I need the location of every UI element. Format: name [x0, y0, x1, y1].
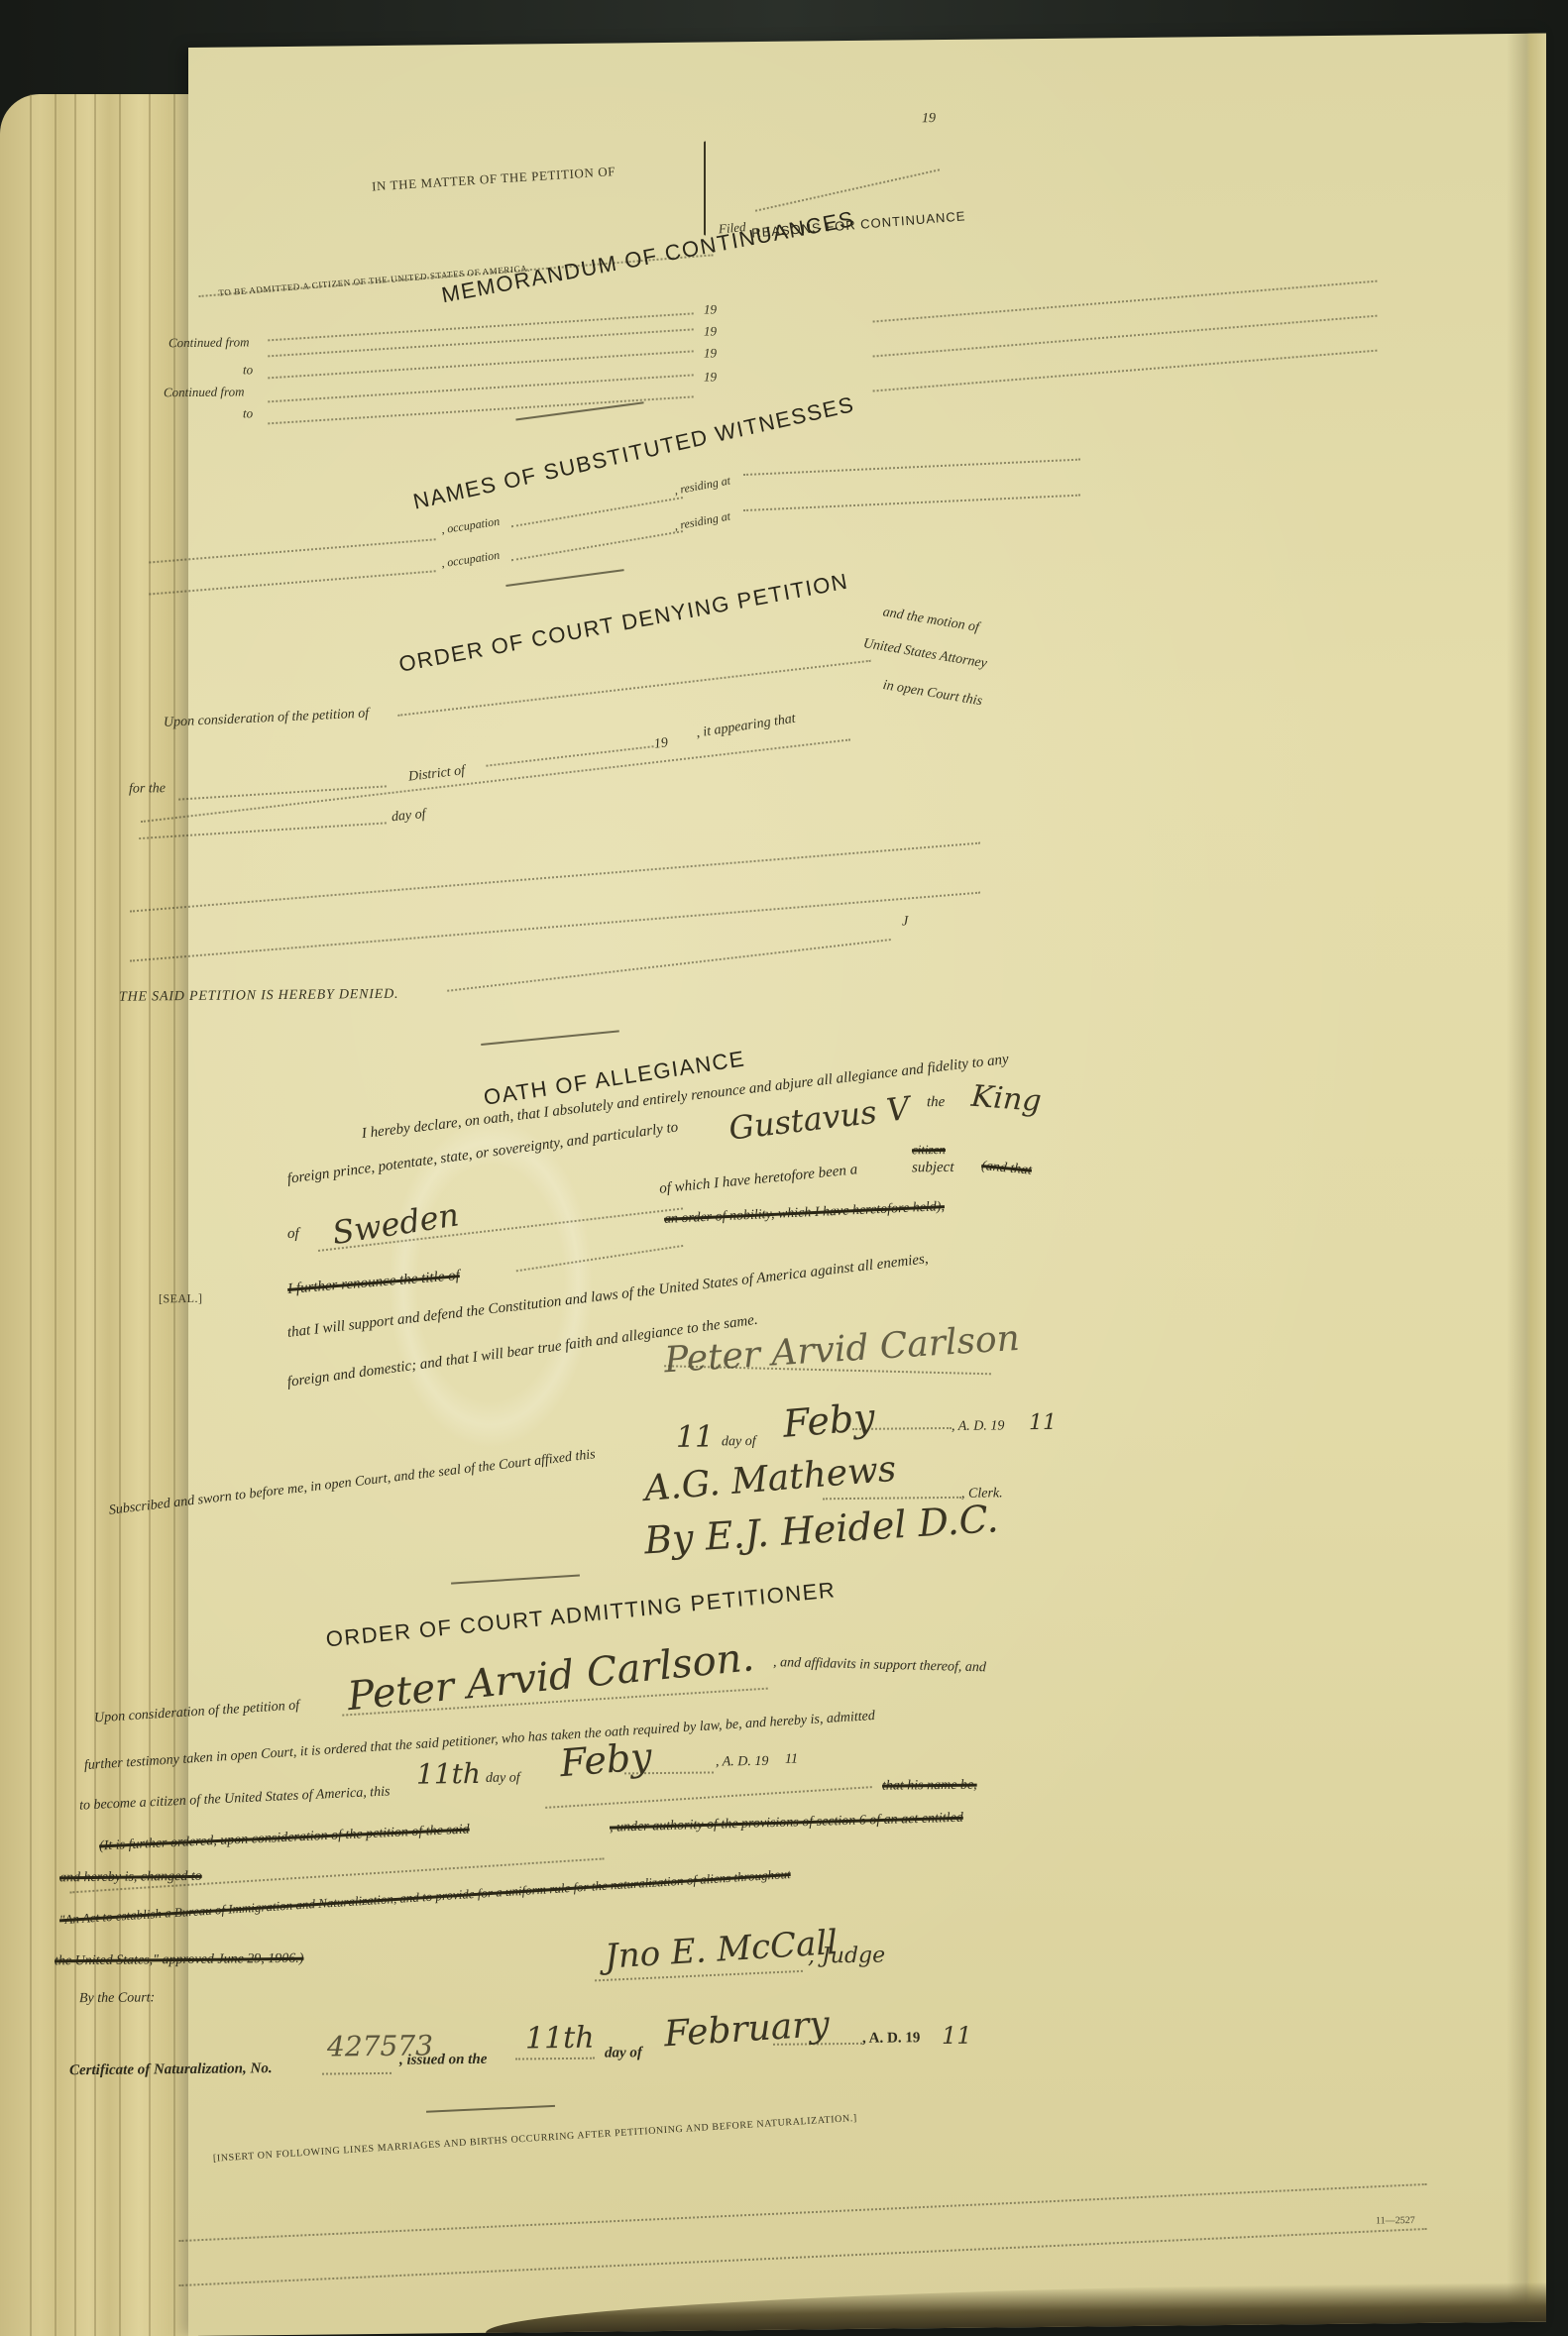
admitting-affidavits-text: , and affidavits in support thereof, and [773, 1655, 986, 1676]
filed-date-line [755, 168, 940, 211]
denying-petitioner-line [397, 660, 871, 717]
continuance-label-4: to [243, 405, 253, 421]
denying-judge-suffix: J [902, 914, 908, 930]
continuance-label-2: to [243, 362, 253, 378]
oath-of-label: of [287, 1226, 299, 1243]
denying-appearing-label: , it appearing that [695, 712, 796, 742]
section-divider [451, 1574, 580, 1584]
continuance-line-3 [268, 374, 694, 402]
continuance-line-4 [268, 395, 694, 424]
certificate-number-line [322, 2072, 392, 2075]
witness-name-line-1 [149, 570, 435, 595]
certificate-label: Certificate of Naturalization, No. [69, 2060, 273, 2079]
continuance-line-0 [268, 312, 694, 341]
continuance-year-2: 19 [704, 345, 717, 361]
admitting-day-handwritten: 11th [416, 1757, 481, 1791]
denying-petition-of-label: Upon consideration of the petition of [164, 706, 370, 730]
petition-denied-text: THE SAID PETITION IS HEREBY DENIED. [119, 987, 398, 1006]
filed-year-prefix: 19 [922, 111, 936, 127]
admitting-month-line [624, 1771, 714, 1774]
section-divider [426, 2105, 555, 2113]
oath-the-label: the [927, 1094, 945, 1111]
denying-motion-label: and the motion of [881, 605, 980, 636]
approved-struck-text: the United States," approved June 29, 19… [55, 1951, 303, 1970]
denying-district-line [178, 785, 387, 800]
insert-note: [INSERT ON FOLLOWING LINES MARRIAGES AND… [213, 2113, 857, 2165]
oath-year-handwritten: 11 [1029, 1410, 1057, 1435]
page-bottom-shadow [486, 2282, 1546, 2333]
certificate-day-of-label: day of [605, 2045, 642, 2061]
certificate-ad-label: , A. D. 19 [862, 2030, 920, 2048]
denying-judge-line [447, 939, 891, 992]
denying-open-court-label: in open Court this [881, 678, 983, 710]
witness-name-line-0 [149, 538, 435, 563]
clerk-signature: A.G. Mathews [643, 1449, 898, 1509]
certificate-day-handwritten: 11th [525, 2021, 595, 2057]
oath-day-handwritten: 11 [676, 1419, 714, 1454]
witness-residing-line-0 [743, 459, 1080, 476]
sovereign-handwritten: Gustavus V [728, 1089, 912, 1148]
certificate-year-handwritten: 11 [942, 2022, 972, 2050]
denying-heading: ORDER OF COURT DENYING PETITION [396, 569, 850, 678]
section-divider [505, 569, 623, 587]
judge-label: , Judge [808, 1944, 885, 1969]
name-change-line [545, 1786, 872, 1809]
continuance-year-0: 19 [704, 301, 717, 317]
continuance-year-3: 19 [704, 369, 717, 385]
matter-of-petition-label: IN THE MATTER OF THE PETITION OF [372, 164, 616, 194]
subject-text: subject [912, 1160, 954, 1176]
admitting-heading: ORDER OF COURT ADMITTING PETITIONER [325, 1577, 837, 1652]
continuance-label-1: Continued from [168, 334, 250, 351]
admitting-ad-label: , A. D. 19 [716, 1754, 768, 1771]
oath-heretofore-text: of which I have heretofore been a [659, 1162, 858, 1197]
continuance-year-1: 19 [704, 323, 717, 339]
witness-residing-line-1 [743, 495, 1080, 511]
header-brace [704, 142, 707, 236]
certificate-day-line [515, 2058, 595, 2060]
certificate-month-handwritten: February [663, 2004, 831, 2055]
oath-month-handwritten: Feby [782, 1395, 876, 1446]
admitting-day-of-label: day of [486, 1770, 520, 1786]
reason-line [873, 350, 1378, 392]
witness-occupation-label-0: , occupation [440, 514, 501, 538]
book-gutter [1507, 34, 1546, 2322]
admitting-month-handwritten: Feby [559, 1734, 653, 1785]
book-photo-scene: IN THE MATTER OF THE PETITION OF TO BE A… [0, 0, 1568, 2336]
judge-signature: Jno E. McCall [604, 1923, 839, 1977]
form-number: 11—2527 [1376, 2215, 1415, 2226]
name-change-struck-text: that his name be, [882, 1778, 977, 1795]
witness-residing-label-1: , residing at [673, 508, 731, 533]
petitioner-name-handwritten: Peter Arvid Carlson. [346, 1634, 756, 1720]
certificate-issued-label: , issued on the [399, 2052, 487, 2069]
deputy-clerk-signature: By E.J. Heidel D.C. [643, 1497, 999, 1562]
witness-occupation-line-1 [511, 530, 683, 561]
reason-line [873, 280, 1378, 323]
denying-day-of-label: day of [391, 807, 426, 826]
continuance-line-1 [268, 328, 694, 357]
naturalization-record-page: IN THE MATTER OF THE PETITION OF TO BE A… [188, 34, 1546, 2336]
nobility-struck-text: an order of nobility, which I have heret… [664, 1199, 945, 1228]
admitting-year-handwritten: 11 [785, 1752, 798, 1768]
denying-year-label: 19 [653, 735, 669, 753]
and-that-struck-text: (and that [980, 1159, 1032, 1179]
denying-reason-line [130, 892, 980, 962]
witness-occupation-line-0 [511, 497, 683, 527]
oath-ad-label: , A. D. 19 [952, 1418, 1004, 1435]
continuance-line-2 [268, 350, 694, 379]
authority-struck-text: , under authority of the provisions of s… [610, 1811, 963, 1836]
changed-to-struck-text: and hereby is, changed to [59, 1869, 202, 1887]
seal-label: [SEAL.] [159, 1291, 203, 1306]
marriages-births-line [178, 2183, 1426, 2242]
denying-for-the-label: for the [129, 781, 166, 797]
by-the-court-label: By the Court: [79, 1990, 155, 2007]
reasons-heading: REASONS FOR CONTINUANCE [751, 208, 966, 240]
section-divider [481, 1030, 619, 1046]
marriages-births-line [178, 2228, 1426, 2286]
witness-occupation-label-1: , occupation [440, 548, 501, 572]
witness-residing-label-0: , residing at [673, 473, 731, 498]
citizen-struck-text: citizen [912, 1142, 946, 1158]
denying-attorney-label: United States Attorney [862, 636, 988, 672]
oath-day-of-label: day of [722, 1434, 756, 1450]
denying-line-2 [141, 738, 850, 823]
oath-month-line [852, 1427, 952, 1430]
reason-line [873, 315, 1378, 358]
continuance-label-3: Continued from [164, 384, 245, 400]
title-handwritten: King [970, 1079, 1043, 1119]
denying-district-label: District of [407, 763, 466, 785]
